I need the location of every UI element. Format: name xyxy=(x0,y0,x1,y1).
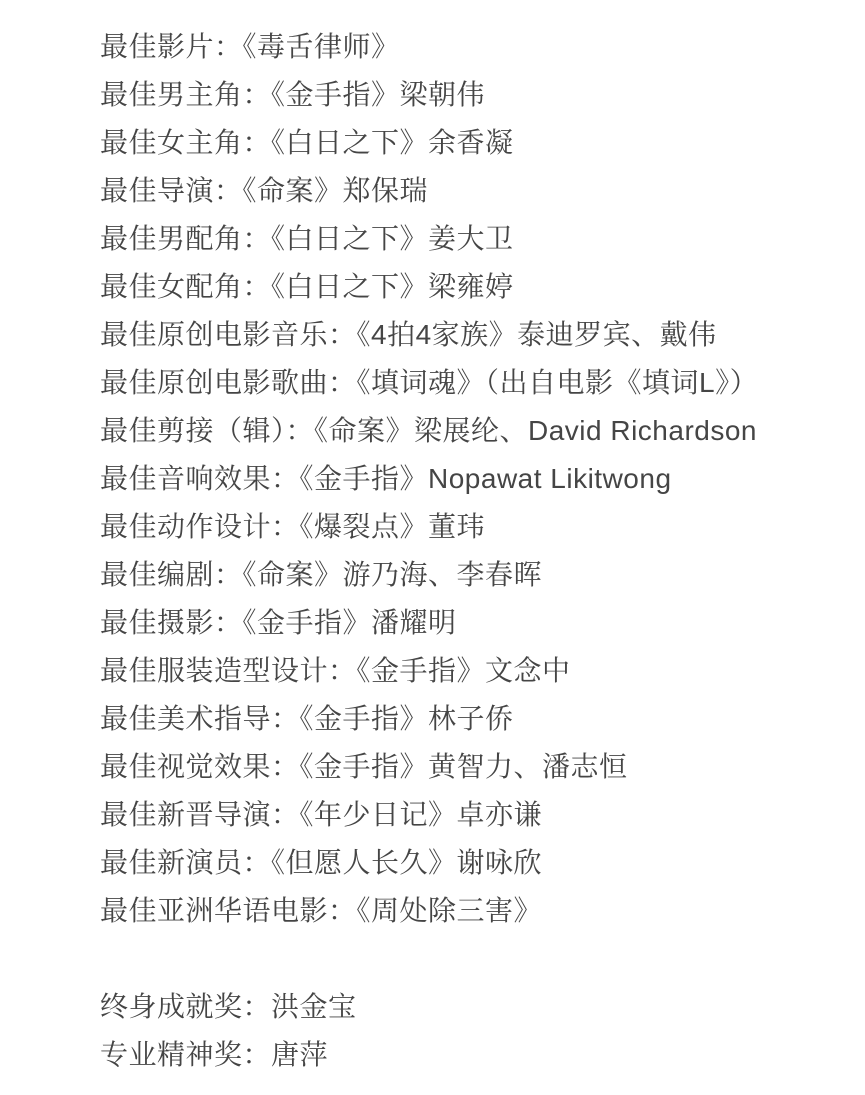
award-line: 最佳原创电影音乐：《4拍4家族》泰迪罗宾、戴伟 xyxy=(100,311,855,359)
award-line: 最佳男配角：《白日之下》姜大卫 xyxy=(100,215,855,263)
award-line: 最佳女主角：《白日之下》余香凝 xyxy=(100,119,855,167)
special-awards-list: 终身成就奖：洪金宝 专业精神奖：唐萍 xyxy=(100,983,855,1079)
award-line: 最佳新晋导演：《年少日记》卓亦谦 xyxy=(100,791,855,839)
award-line: 最佳编剧：《命案》游乃海、李春晖 xyxy=(100,551,855,599)
award-line: 最佳新演员：《但愿人长久》谢咏欣 xyxy=(100,839,855,887)
award-line: 最佳影片：《毒舌律师》 xyxy=(100,23,855,71)
special-award-line: 终身成就奖：洪金宝 xyxy=(100,983,855,1031)
award-line: 最佳原创电影歌曲：《填词魂》（出自电影《填词L》） xyxy=(100,359,855,407)
award-line: 最佳摄影：《金手指》潘耀明 xyxy=(100,599,855,647)
awards-document: 最佳影片：《毒舌律师》 最佳男主角：《金手指》梁朝伟 最佳女主角：《白日之下》余… xyxy=(0,0,865,1095)
award-line: 最佳音响效果：《金手指》Nopawat Likitwong xyxy=(100,455,855,503)
awards-list: 最佳影片：《毒舌律师》 最佳男主角：《金手指》梁朝伟 最佳女主角：《白日之下》余… xyxy=(100,23,855,935)
award-line: 最佳亚洲华语电影：《周处除三害》 xyxy=(100,887,855,935)
award-line: 最佳导演：《命案》郑保瑞 xyxy=(100,167,855,215)
award-line: 最佳视觉效果：《金手指》黄智力、潘志恒 xyxy=(100,743,855,791)
award-line: 最佳动作设计：《爆裂点》董玮 xyxy=(100,503,855,551)
award-line: 最佳服装造型设计：《金手指》文念中 xyxy=(100,647,855,695)
award-line: 最佳美术指导：《金手指》林子侨 xyxy=(100,695,855,743)
award-line: 最佳剪接（辑）：《命案》梁展纶、David Richardson xyxy=(100,407,855,455)
award-line: 最佳男主角：《金手指》梁朝伟 xyxy=(100,71,855,119)
special-award-line: 专业精神奖：唐萍 xyxy=(100,1031,855,1079)
blank-line-separator xyxy=(100,935,855,983)
award-line: 最佳女配角：《白日之下》梁雍婷 xyxy=(100,263,855,311)
